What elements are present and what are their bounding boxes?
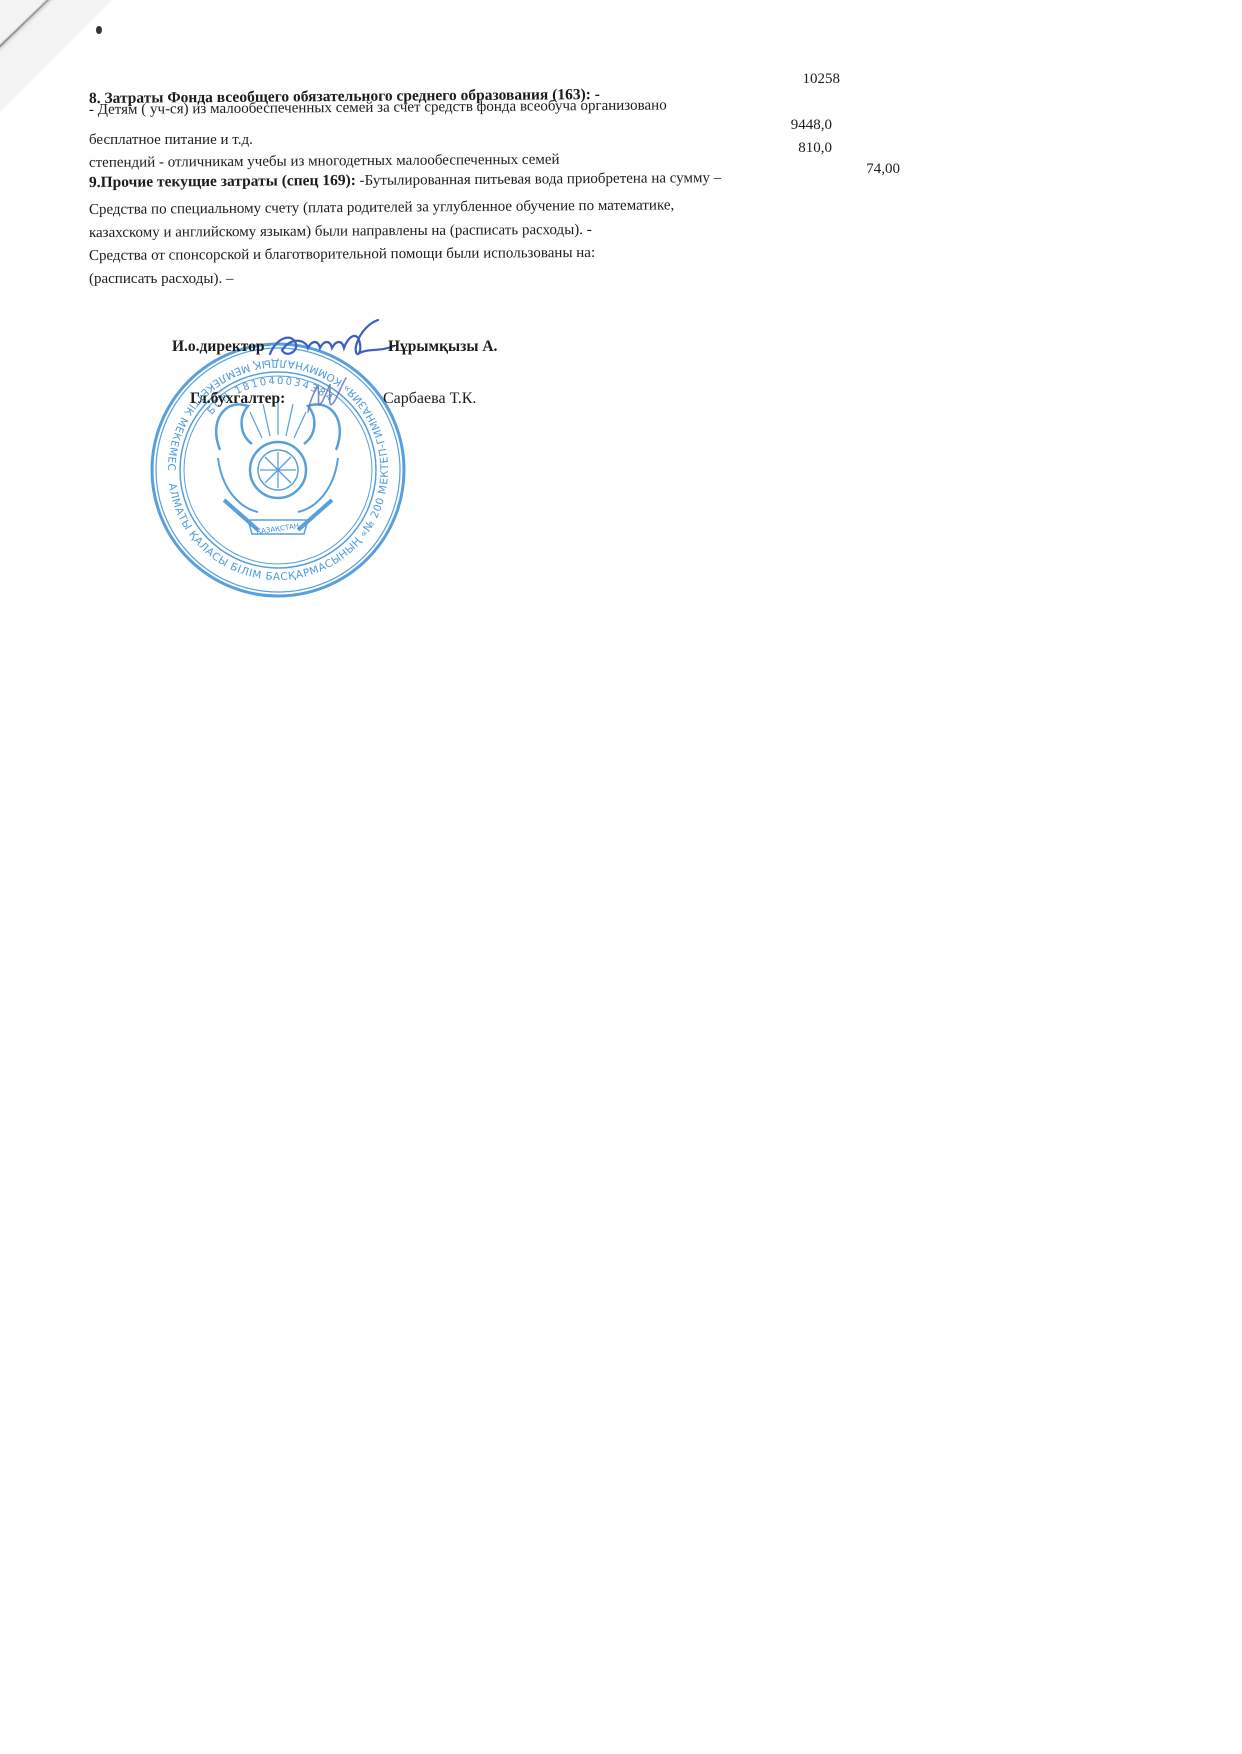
accountant-label: Гл.бухгалтер:	[190, 390, 285, 408]
staple-mark	[96, 26, 102, 34]
director-name: Нұрымқызы А.	[388, 338, 497, 356]
section8-line-stipends: степендий - отличникам учебы из многодет…	[89, 151, 560, 172]
special-account-line-2: казахскому и английскому языкам) были на…	[89, 221, 592, 242]
section9-heading-title: 9.Прочие текущие затраты (спец 169):	[89, 172, 356, 191]
section8-line-free-meals: бесплатное питание и т.д.	[89, 131, 253, 149]
section8-total-amount: 10258	[770, 70, 840, 88]
sponsor-line-1: Средства от спонсорской и благотворитель…	[89, 244, 595, 265]
accountant-name: Сарбаева Т.К.	[383, 390, 476, 408]
section9-heading-water: -Бутылированная питьевая вода приобретен…	[356, 170, 721, 189]
water-amount: 74,00	[830, 160, 900, 178]
stipends-amount: 810,0	[760, 139, 832, 157]
director-label: И.о.директор	[172, 338, 265, 356]
accountant-signature	[300, 372, 370, 422]
section9-heading: 9.Прочие текущие затраты (спец 169): -Бу…	[89, 169, 721, 192]
free-meals-amount: 9448,0	[760, 116, 832, 134]
sponsor-line-2: (расписать расходы). –	[89, 270, 233, 288]
section8-line-children: - Детям ( уч-ся) из малообеспеченных сем…	[89, 96, 667, 119]
special-account-line-1: Средства по специальному счету (плата ро…	[89, 196, 674, 219]
